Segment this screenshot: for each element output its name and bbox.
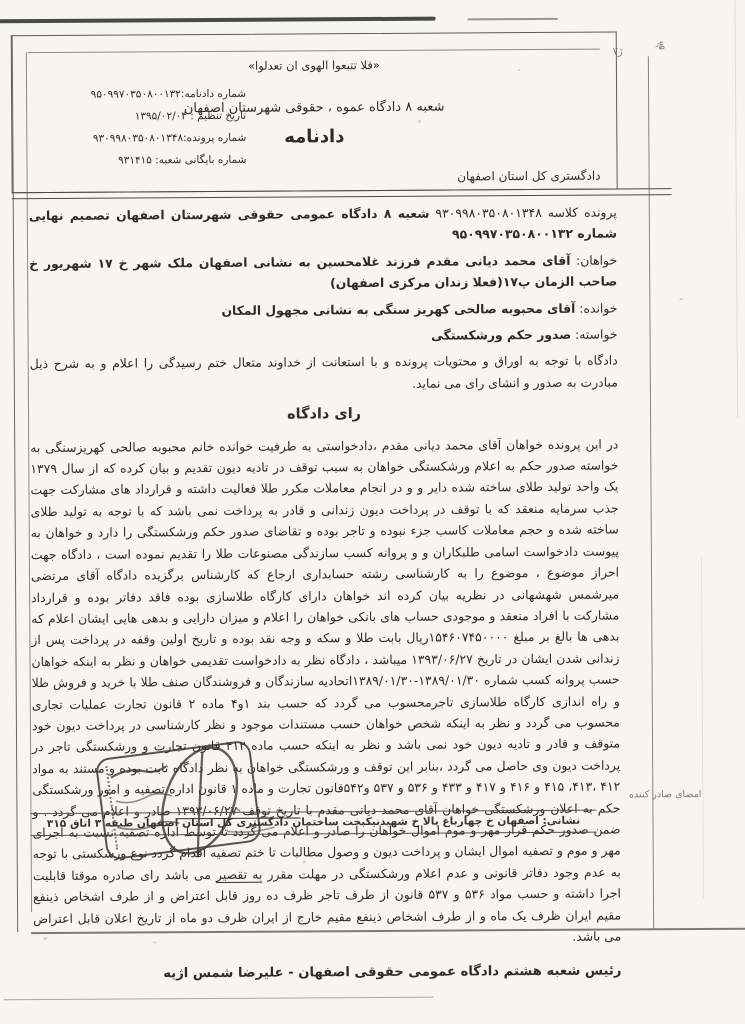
paper-fold-line: [701, 558, 704, 898]
claim-line: خواسته: صدور حکم ورشکستگی: [29, 324, 617, 349]
scan-noise: [43, 937, 47, 940]
scan-noise: [518, 69, 520, 71]
footer-address: نشانی: اصفهان خ چهارباغ بالا خ شهیدنیکبخ…: [30, 810, 596, 836]
verdict-title: رای دادگاه: [30, 403, 618, 428]
scan-noise: [418, 120, 421, 123]
case-class-line: پرونده کلاسه ۹۳۰۹۹۸۰۳۵۰۸۰۱۳۴۸ شعبه ۸ داد…: [29, 202, 617, 248]
scanned-page: ؏٫ ڒ٧ «فلا تتبعوا الهوی ان تعدلوا» شعبه …: [0, 0, 745, 1024]
branch-archive-number: شماره بایگانی شعبه: ۹۳۱۴۱۵: [34, 149, 246, 172]
issue-date: تاریخ تنظیم : ۱۳۹۵/۰۲/۰۴: [34, 105, 246, 128]
scan-noise: [303, 860, 306, 863]
quran-verse: «فلا تتبعوا الهوی ان تعدلوا»: [12, 57, 616, 75]
court-stamp: [94, 740, 262, 861]
plaintiff-line: خواهان: آقای محمد دیانی مقدم فرزند غلامح…: [29, 249, 617, 295]
handwritten-mark: ؏٫: [656, 38, 665, 49]
court-intro-paragraph: دادگاه با توجه به اوراق و محتویات پرونده…: [30, 350, 618, 396]
issuer-signature-label: امضای صادر کننده: [629, 789, 701, 800]
defendant-line: خوانده: آقای محبوبه صالحی کهریز سنگی به …: [29, 297, 617, 322]
scan-edge-artifact: [0, 17, 436, 24]
paper-fold-line: [734, 0, 738, 418]
dadnameh-number: شماره دادنامه:۹۵۰۹۹۷۰۳۵۰۸۰۰۱۳۲: [34, 83, 246, 106]
justice-department: دادگستری کل استان اصفهان: [457, 169, 600, 184]
scan-edge-artifact: [4, 997, 434, 1001]
document-header: «فلا تتبعوا الهوی ان تعدلوا» شعبه ۸ دادگ…: [11, 32, 618, 194]
scan-noise: [679, 298, 683, 300]
header-inner-rule: [28, 49, 600, 53]
judge-signature-line: رئیس شعبه هشتم دادگاه عمومی حقوقی اصفهان…: [33, 961, 621, 986]
case-meta-block: شماره دادنامه:۹۵۰۹۹۷۰۳۵۰۸۰۰۱۳۲ تاریخ تنظ…: [34, 83, 247, 172]
scan-noise: [153, 941, 156, 943]
scan-edge-artifact: [468, 18, 558, 21]
case-number: شماره پرونده:۹۳۰۹۹۸۰۳۵۰۸۰۱۳۴۸: [34, 127, 246, 150]
scanned-court-document: { "colors": { "paper": "#f7f5f0", "ink":…: [0, 0, 745, 1024]
